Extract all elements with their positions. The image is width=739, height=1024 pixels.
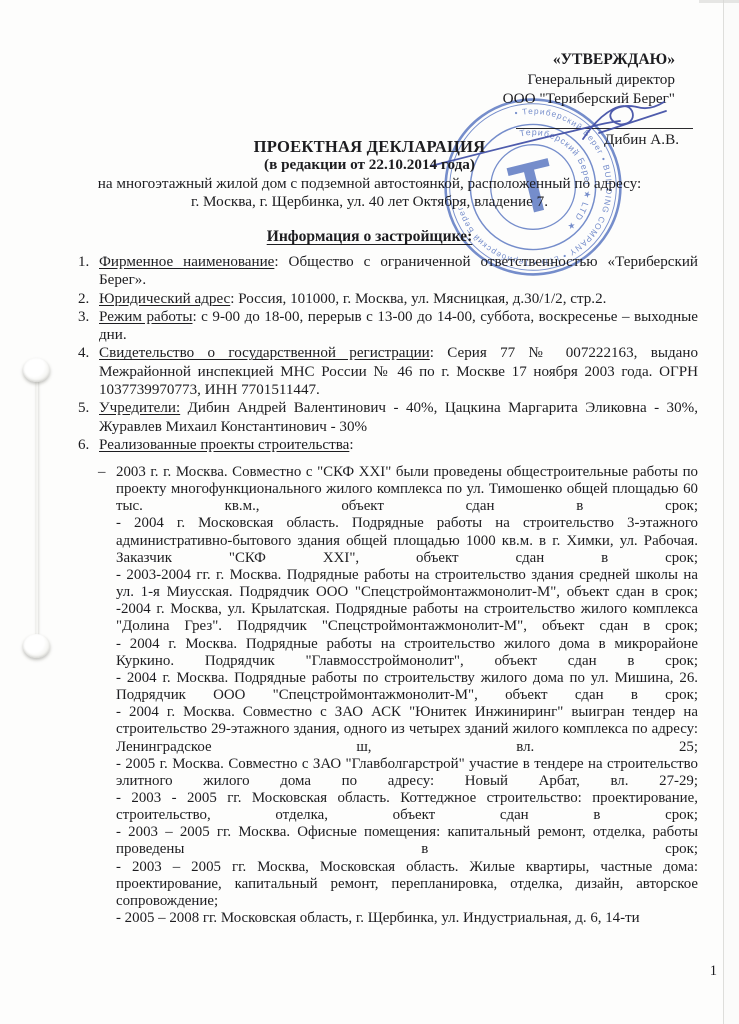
approval-word: «УТВЕРЖДАЮ» xyxy=(503,50,675,70)
item-number: 1. xyxy=(78,253,89,271)
item-number: 3. xyxy=(78,308,89,326)
list-item: 2.Юридический адрес: Россия, 101000, г. … xyxy=(99,290,698,308)
project-item: - 2003 – 2005 гг. Москва, Московская обл… xyxy=(116,859,698,910)
project-item: - 2003 – 2005 гг. Москва. Офисные помеще… xyxy=(116,824,698,858)
item-number: 4. xyxy=(78,344,89,362)
list-item: 5.Учредители: Дибин Андрей Валентинович … xyxy=(99,399,698,436)
project-item: - 2004 г. Москва. Подрядные работы по ст… xyxy=(116,670,698,704)
project-item: - 2003 - 2005 гг. Московская область. Ко… xyxy=(116,790,698,824)
item-number: 6. xyxy=(78,436,89,454)
binder-grommet-top xyxy=(23,358,50,382)
binder-grommet-bottom xyxy=(23,634,50,658)
item-number: 5. xyxy=(78,399,89,417)
project-item: - 2005 г. Москва. Совместно с ЗАО "Главб… xyxy=(116,756,698,790)
list-item: 3.Режим работы: с 9-00 до 18-00, перерыв… xyxy=(99,308,698,345)
project-item: –2003 г. г. Москва. Совместно с "СКФ XXI… xyxy=(116,464,698,515)
document-title: ПРОЕКТНАЯ ДЕКЛАРАЦИЯ xyxy=(0,137,739,157)
document-address: г. Москва, г. Щербинка, ул. 40 лет Октяб… xyxy=(0,193,739,211)
binder-string xyxy=(35,370,38,642)
section-heading: Информация о застройщике: xyxy=(0,228,739,246)
list-item: 4.Свидетельство о государственной регист… xyxy=(99,344,698,399)
project-item: -2004 г. Москва, ул. Крылатская. Подрядн… xyxy=(116,601,698,635)
project-item: - 2004 г. Москва. Подрядные работы на ст… xyxy=(116,636,698,670)
document-subject: на многоэтажный жилой дом с подземной ав… xyxy=(0,175,739,193)
developer-info-list: 1.Фирменное наименование: Общество с огр… xyxy=(99,253,698,454)
page-edge-shadow xyxy=(699,0,739,3)
project-item: - 2004 г. Москва. Совместно с ЗАО АСК "Ю… xyxy=(116,704,698,755)
projects-list: –2003 г. г. Москва. Совместно с "СКФ XXI… xyxy=(116,464,698,927)
project-item: - 2004 г. Московская область. Подрядные … xyxy=(116,515,698,566)
list-item: 6.Реализованные проекты строительства: xyxy=(99,436,698,454)
page-number: 1 xyxy=(710,963,717,980)
dash-bullet: – xyxy=(98,464,105,481)
project-item: - 2003-2004 гг. г. Москва. Подрядные раб… xyxy=(116,567,698,601)
list-item: 1.Фирменное наименование: Общество с огр… xyxy=(99,253,698,290)
scanned-document-page: «УТВЕРЖДАЮ» Генеральный директор ООО "Те… xyxy=(0,0,739,1024)
item-number: 2. xyxy=(78,290,89,308)
document-edition: (в редакции от 22.10.2014 года) xyxy=(0,156,739,174)
project-item: - 2005 – 2008 гг. Московская область, г.… xyxy=(116,910,698,927)
